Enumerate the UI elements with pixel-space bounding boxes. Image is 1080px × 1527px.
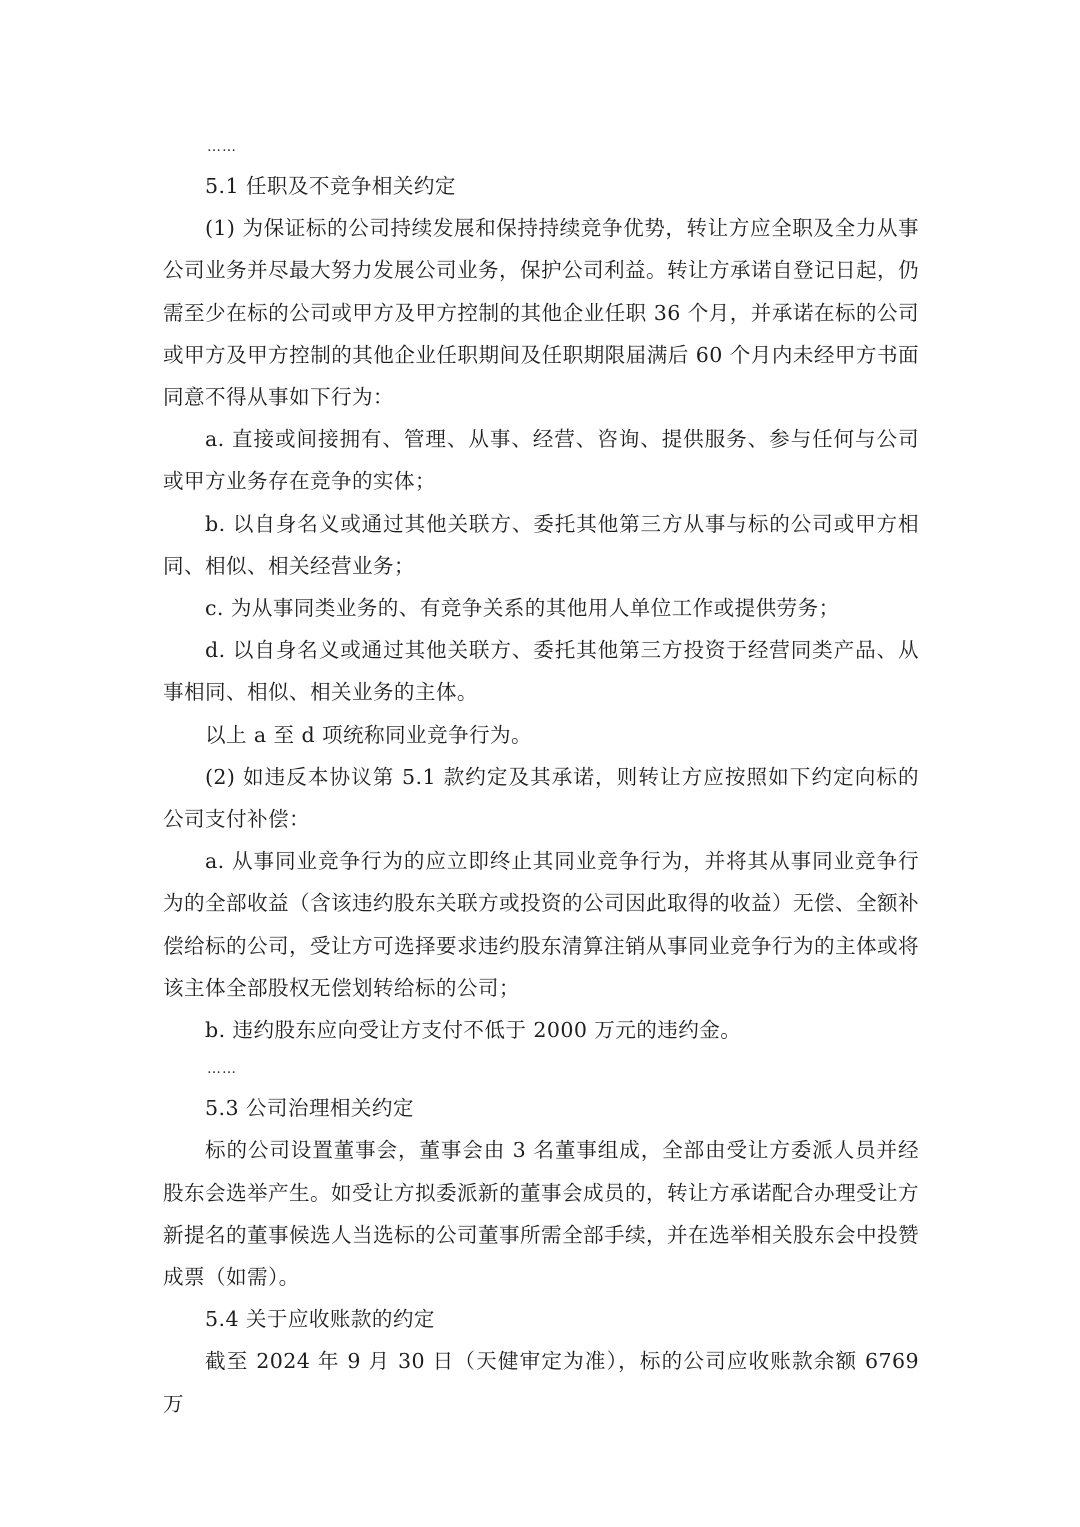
section-heading-5-4: 5.4 关于应收账款的约定 (163, 1298, 919, 1340)
paragraph-5-1-item-c: c. 为从事同类业务的、有竞争关系的其他用人单位工作或提供劳务； (163, 587, 919, 629)
paragraph-5-1-penalty-b: b. 违约股东应向受让方支付不低于 2000 万元的违约金。 (163, 1009, 919, 1051)
section-heading-5-3: 5.3 公司治理相关约定 (163, 1087, 919, 1129)
section-heading-5-1: 5.1 任职及不竞争相关约定 (163, 165, 919, 207)
paragraph-5-4-body: 截至 2024 年 9 月 30 日（天健审定为准），标的公司应收账款余额 67… (163, 1340, 919, 1424)
paragraph-5-1-summary: 以上 a 至 d 项统称同业竞争行为。 (163, 714, 919, 756)
ellipsis-top: …… (163, 129, 919, 165)
paragraph-5-1-item-a: a. 直接或间接拥有、管理、从事、经营、咨询、提供服务、参与任何与公司或甲方业务… (163, 418, 919, 502)
paragraph-5-1-item-d: d. 以自身名义或通过其他关联方、委托其他第三方投资于经营同类产品、从事相同、相… (163, 629, 919, 713)
paragraph-5-3-body: 标的公司设置董事会，董事会由 3 名董事组成，全部由受让方委派人员并经股东会选举… (163, 1129, 919, 1298)
ellipsis-middle: …… (163, 1051, 919, 1087)
paragraph-5-1-clause-1: (1) 为保证标的公司持续发展和保持持续竞争优势，转让方应全职及全力从事公司业务… (163, 207, 919, 418)
paragraph-5-1-clause-2: (2) 如违反本协议第 5.1 款约定及其承诺，则转让方应按照如下约定向标的公司… (163, 756, 919, 840)
paragraph-5-1-item-b: b. 以自身名义或通过其他关联方、委托其他第三方从事与标的公司或甲方相同、相似、… (163, 503, 919, 587)
document-page: …… 5.1 任职及不竞争相关约定 (1) 为保证标的公司持续发展和保持持续竞争… (163, 129, 919, 1425)
paragraph-5-1-penalty-a: a. 从事同业竞争行为的应立即终止其同业竞争行为，并将其从事同业竞争行为的全部收… (163, 840, 919, 1009)
